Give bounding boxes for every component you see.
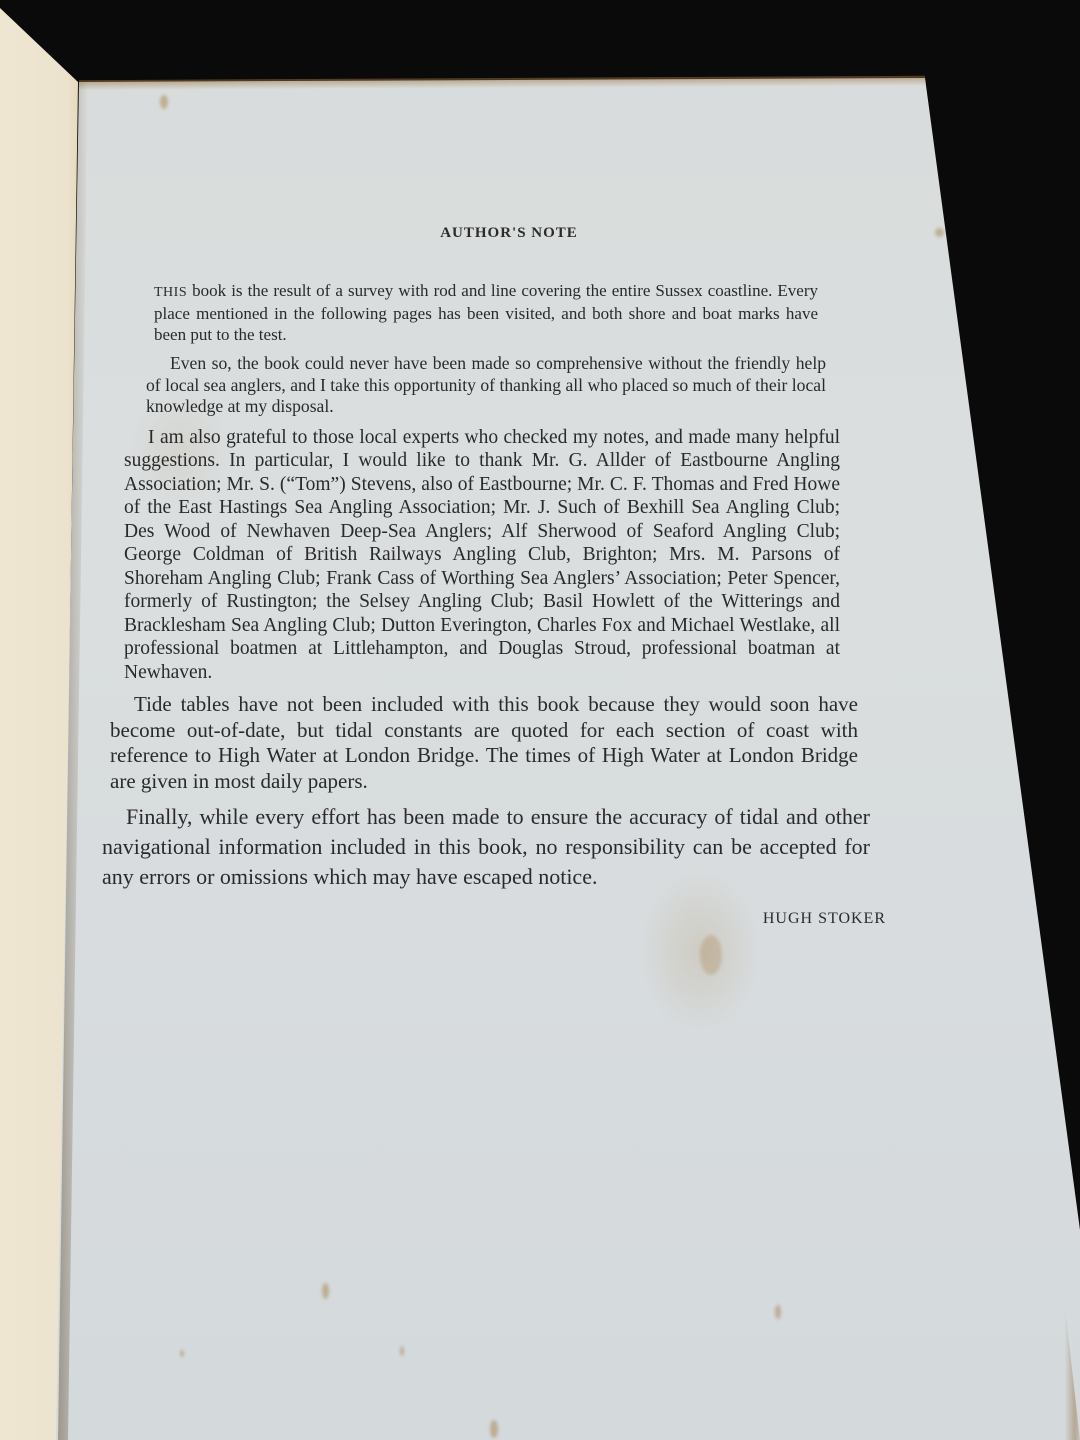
paragraph-lead-smallcaps: THIS	[154, 285, 187, 300]
foxing-stain	[775, 1305, 781, 1319]
foxing-stain	[935, 228, 944, 237]
paragraph-text: book is the result of a survey with rod …	[154, 281, 818, 344]
paragraph-tide-tables: Tide tables have not been included with …	[110, 692, 858, 794]
foxing-stain	[400, 1346, 404, 1356]
foxing-stain	[160, 95, 168, 109]
author-note: AUTHOR'S NOTE THIS book is the result of…	[110, 225, 880, 928]
page-title: AUTHOR'S NOTE	[110, 225, 880, 242]
author-signature: HUGH STOKER	[110, 910, 886, 928]
foxing-stain	[490, 1420, 498, 1438]
foxing-stain	[180, 1350, 184, 1357]
paragraph-survey: THIS book is the result of a survey with…	[154, 280, 818, 345]
foxing-stain	[322, 1283, 329, 1299]
paragraph-acknowledgements: I am also grateful to those local expert…	[124, 426, 840, 685]
paragraph-thanks: Even so, the book could never have been …	[146, 353, 826, 418]
foxing-stain	[700, 935, 722, 975]
paragraph-disclaimer: Finally, while every effort has been mad…	[102, 802, 870, 892]
